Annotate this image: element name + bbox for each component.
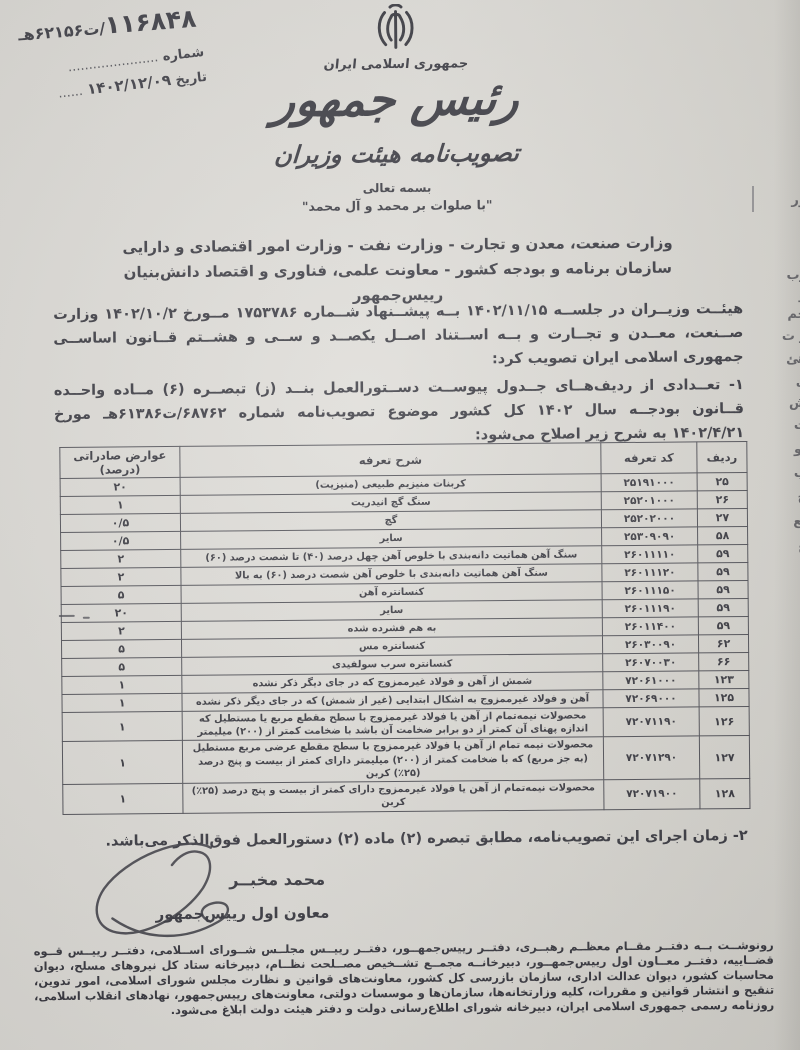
cell-radif: ۶۶ [699,652,749,670]
cell-code: ۷۲۰۶۹۰۰۰ [603,689,699,708]
col-header-code: کد تعرفه [601,442,697,474]
scan-artifact-dash [83,617,90,619]
scan-artifact-dash [59,615,75,617]
tariff-table: ردیف کد تعرفه شرح تعرفه عوارض صادراتی (د… [59,441,750,815]
page-edge-line [752,186,754,212]
cell-desc: محصولات نیمه‌تمام از آهن یا فولاد غیرممز… [182,708,603,741]
scanned-decree-page: ۱۱۶۸۴۸/ت۶۲۱۵۶هـ شماره ..................… [0,0,800,1050]
col-header-desc: شرح تعرفه [180,443,601,478]
cell-duty: ۵ [61,585,181,604]
cell-radif: ۲۶ [697,490,747,508]
cell-code: ۲۵۲۰۱۰۰۰ [601,491,697,510]
salawat-line: "با صلوات بر محمد و آل محمد" [0,195,797,217]
cell-radif: ۶۲ [698,634,748,652]
cell-code: ۲۶۰۱۱۴۰۰ [602,617,698,636]
cell-desc: محصولات نیمه تمام از آهن یا فولاد غیرممز… [182,737,603,783]
cell-duty: ۱ [63,783,183,813]
cell-radif: ۵۹ [698,598,748,616]
cell-duty: ۲۰ [61,603,181,622]
signer-name: محمد مخبــر [229,870,325,890]
document-type-title: تصویب‌نامه هیئت وزیران [0,137,798,172]
cell-code: ۷۲۰۷۱۱۹۰ [603,707,699,737]
signer-title: معاون اول رییس‌جمهور [155,904,329,924]
cell-code: ۷۲۰۷۱۹۰۰ [604,779,700,809]
iran-allah-emblem-icon [0,1,796,62]
cell-radif: ۵۹ [698,544,748,562]
cell-radif: ۵۸ [698,526,748,544]
signature-scrawl [88,839,279,953]
cell-radif: ۱۲۳ [699,670,749,688]
cell-radif: ۲۷ [697,508,747,526]
cell-radif: ۱۲۶ [699,706,749,736]
cell-radif: ۵۹ [698,616,748,634]
cell-radif: ۱۲۵ [699,688,749,706]
cell-duty: ۱ [62,711,182,741]
cell-code: ۲۶۰۱۱۱۹۰ [602,599,698,618]
cell-radif: ۲۵ [697,472,747,490]
cell-code: ۷۲۰۶۱۰۰۰ [603,671,699,690]
cell-radif: ۱۲۸ [700,779,750,809]
tariff-table-wrapper: ردیف کد تعرفه شرح تعرفه عوارض صادراتی (د… [59,441,750,815]
cell-duty: ۲ [61,567,181,586]
table-row: ۱۲۸۷۲۰۷۱۹۰۰محصولات نیمه‌تمام از آهن یا ف… [63,779,750,814]
decree-paragraph-1: هیئــت وزیــران در جلســه ۱۴۰۲/۱۱/۱۵ بــ… [53,298,744,376]
cell-code: ۲۶۰۱۱۱۵۰ [602,581,698,600]
cell-duty: ۲ [61,549,181,568]
col-header-radif: ردیف [697,441,747,472]
cell-code: ۲۵۳۰۹۰۹۰ [602,527,698,546]
cell-code: ۲۶۰۱۱۱۲۰ [602,563,698,582]
cell-duty: ۰/۵ [60,513,180,532]
cell-duty: ۱ [62,675,182,694]
president-calligraphy: رئیس جمهور [0,69,799,130]
cell-radif: ۵۹ [698,580,748,598]
page-edge-shadow [774,0,800,1050]
distribution-footnote: رونوشــت بــه دفتــر مقــام معظــم رهبــ… [34,938,775,1020]
cell-duty: ۱ [62,741,182,785]
cell-duty: ۵ [61,639,181,658]
cell-code: ۲۶۰۳۰۰۹۰ [602,635,698,654]
cell-code: ۲۶۰۱۱۱۱۰ [602,545,698,564]
table-row: ۱۲۷۷۲۰۷۱۲۹۰محصولات نیمه تمام از آهن یا ف… [62,736,749,785]
cell-radif: ۵۹ [698,562,748,580]
cell-duty: ۱ [62,693,182,712]
cell-duty: ۰/۵ [61,531,181,550]
col-header-duty: عوارض صادراتی (درصد) [60,446,180,478]
cell-code: ۲۵۲۰۲۰۰۰ [601,509,697,528]
cell-code: ۷۲۰۷۱۲۹۰ [603,736,699,779]
cell-desc: محصولات نیمه‌تمام از آهن یا فولاد غیرممز… [183,780,604,813]
cell-duty: ۲ [61,621,181,640]
cell-code: ۲۶۰۷۰۰۳۰ [603,653,699,672]
cell-duty: ۵ [62,657,182,676]
cell-duty: ۱ [60,495,180,514]
cell-radif: ۱۲۷ [699,736,749,779]
decree-paragraph-2: ۱- تعــدادی از ردیف‌هــای جــدول پیوســت… [54,374,745,452]
cell-code: ۲۵۱۹۱۰۰۰ [601,473,697,492]
cell-duty: ۲۰ [60,477,180,496]
